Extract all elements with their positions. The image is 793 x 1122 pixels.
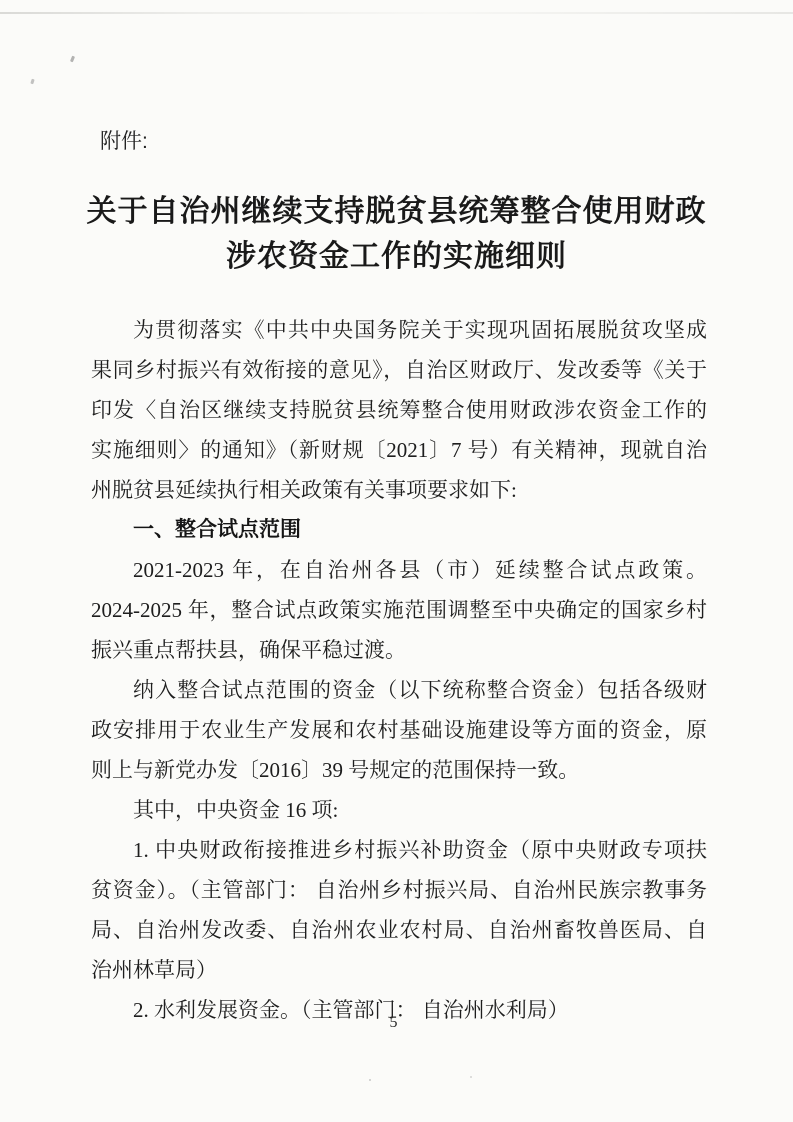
text-line: 局、自治州发改委、自治州农业农村局、自治州畜牧兽医局、自	[91, 910, 707, 950]
document-body: 为贯彻落实《中共中央国务院关于实现巩固拓展脱贫攻坚成果同乡村振兴有效衔接的意见》…	[91, 310, 707, 1030]
text-line: 政安排用于农业生产发展和农村基础设施建设等方面的资金，原	[91, 710, 707, 750]
text-line: 治州林草局）	[91, 950, 707, 990]
text-line: 2024-2025 年，整合试点政策实施范围调整至中央确定的国家乡村	[91, 590, 707, 630]
attachment-label: 附件:	[100, 127, 148, 157]
text-line: 州脱贫县延续执行相关政策有关事项要求如下:	[91, 470, 707, 510]
document-title-line1: 关于自治州继续支持脱贫县统筹整合使用财政	[56, 189, 737, 234]
scan-edge-artifact	[0, 12, 793, 14]
document-page: 附件: 关于自治州继续支持脱贫县统筹整合使用财政 涉农资金工作的实施细则 为贯彻…	[0, 0, 793, 1122]
text-line: 印发〈自治区继续支持脱贫县统筹整合使用财政涉农资金工作的	[91, 390, 707, 430]
text-line: 为贯彻落实《中共中央国务院关于实现巩固拓展脱贫攻坚成	[91, 310, 707, 350]
scan-speck	[70, 56, 75, 63]
text-line: 贫资金）。（主管部门： 自治州乡村振兴局、自治州民族宗教事务	[91, 870, 707, 910]
text-line: 纳入整合试点范围的资金（以下统称整合资金）包括各级财	[91, 670, 707, 710]
text-line: 实施细则〉的通知》（新财规〔2021〕7 号）有关精神，现就自治	[91, 430, 707, 470]
text-line: 则上与新党办发〔2016〕39 号规定的范围保持一致。	[91, 750, 707, 790]
text-line: 2021-2023 年，在自治州各县（市）延续整合试点政策。	[91, 550, 707, 590]
text-line: 其中，中央资金 16 项:	[91, 790, 707, 830]
scan-speck	[470, 1076, 472, 1078]
text-line: 果同乡村振兴有效衔接的意见》，自治区财政厅、发改委等《关于	[91, 350, 707, 390]
text-line: 1. 中央财政衔接推进乡村振兴补助资金（原中央财政专项扶	[91, 830, 707, 870]
section-heading: 一、整合试点范围	[91, 510, 707, 550]
scan-speck	[30, 79, 34, 85]
page-number: 5	[0, 1014, 787, 1032]
document-title: 关于自治州继续支持脱贫县统筹整合使用财政 涉农资金工作的实施细则	[56, 189, 737, 279]
document-title-line2: 涉农资金工作的实施细则	[56, 234, 737, 279]
text-line: 振兴重点帮扶县，确保平稳过渡。	[91, 630, 707, 670]
scan-speck	[369, 1079, 371, 1081]
